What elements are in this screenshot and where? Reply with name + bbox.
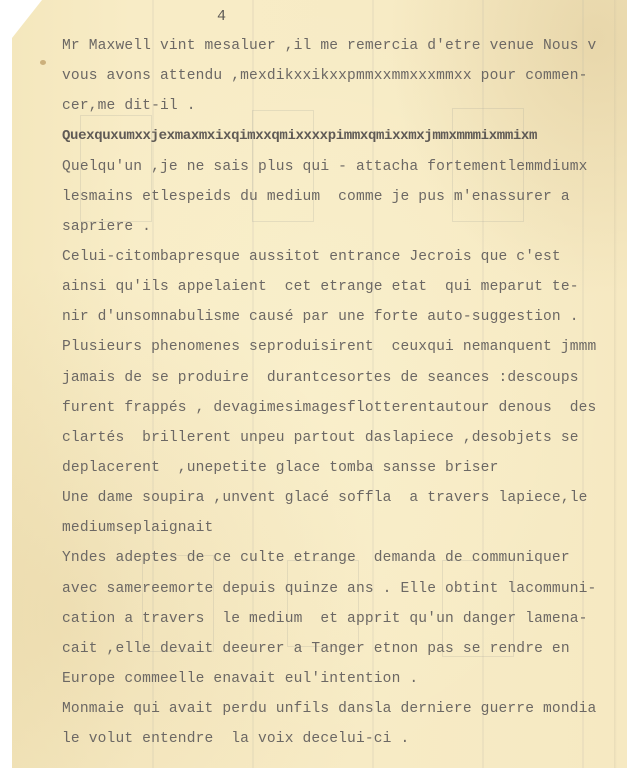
text-line: lesmains etlespeids du medium comme je p…: [62, 182, 639, 212]
page-number: 4: [217, 8, 226, 25]
text-line: clartés brillerent unpeu partout daslapi…: [62, 423, 639, 453]
text-line: furent frappés , devagimesimagesflottere…: [62, 393, 639, 423]
text-line: Une dame soupira ,unvent glacé soffla a …: [62, 483, 639, 513]
text-line: Mr Maxwell vint mesaluer ,il me remercia…: [62, 31, 639, 61]
text-line: vous avons attendu ,mexdikxxikxxpmmxxmmx…: [62, 61, 639, 91]
text-line: le volut entendre la voix decelui-ci .: [62, 724, 639, 754]
text-line: cer,me dit-il .: [62, 91, 639, 121]
scanned-page: 4 Mr Maxwell vint mesaluer ,il me remerc…: [0, 0, 639, 768]
text-line: nir d'unsomnabulisme causé par une forte…: [62, 302, 639, 332]
text-line: Europe commeelle enavait eul'intention .: [62, 664, 639, 694]
text-line: Plusieurs phenomenes seproduisirent ceux…: [62, 332, 639, 362]
text-line: Monmaie qui avait perdu unfils dansla de…: [62, 694, 639, 724]
struck-out-line: Quexquxumxxjexmaxmxixqimxxqmixxxxpimmxqm…: [62, 121, 639, 151]
text-line: cait ,elle devait deeurer a Tanger etnon…: [62, 634, 639, 664]
text-line: ainsi qu'ils appelaient cet etrange etat…: [62, 272, 639, 302]
text-line: jamais de se produire durantcesortes de …: [62, 363, 639, 393]
text-line: sapriere .: [62, 212, 639, 242]
text-line: cation a travers le medium et apprit qu'…: [62, 604, 639, 634]
text-line: Yndes adeptes de ce culte etrange demand…: [62, 543, 639, 573]
paper-stain: [40, 60, 46, 65]
text-line: avec samereemorte depuis quinze ans . El…: [62, 574, 639, 604]
text-line: Celui-citombapresque aussitot entrance J…: [62, 242, 639, 272]
text-line: deplacerent ,unepetite glace tomba sanss…: [62, 453, 639, 483]
typewritten-body: Mr Maxwell vint mesaluer ,il me remercia…: [62, 31, 639, 754]
text-line: mediumseplaignait: [62, 513, 639, 543]
text-line: Quelqu'un ,je ne sais plus qui - attacha…: [62, 152, 639, 182]
